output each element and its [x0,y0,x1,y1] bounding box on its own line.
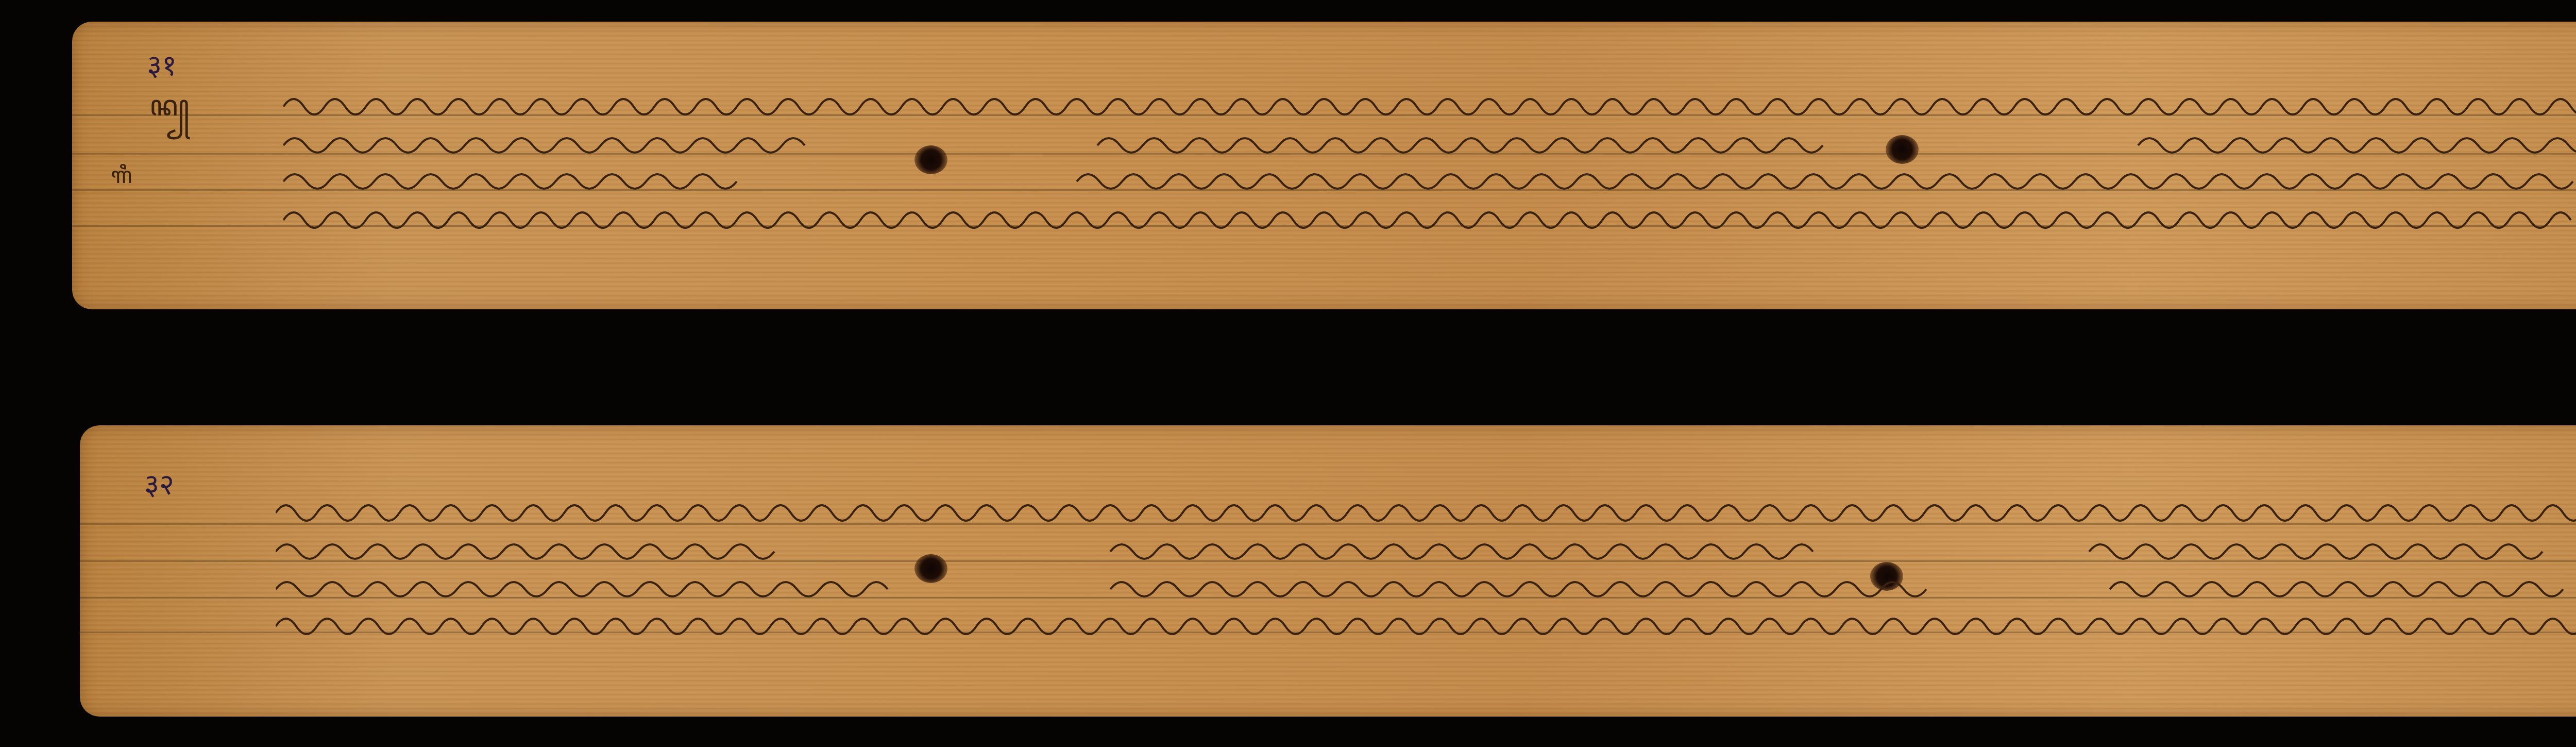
folio-number: ३१ [147,45,177,84]
script-line-4 [276,606,2576,642]
script-line-3 [276,569,2576,605]
script-line-1 [283,86,2576,122]
script-line-2 [276,531,2576,567]
palm-leaf-top: ३१ ꦤ꧀ ꦒꦶ [72,22,2576,309]
margin-marker: ꦤ꧀ [149,84,189,142]
script-line-2 [283,125,2576,161]
script-line-3 [283,161,2576,197]
script-line-1 [276,492,2576,528]
margin-note: ꦒꦶ [111,158,132,204]
script-line-4 [283,200,2576,236]
palm-leaf-bottom: ३२ [80,425,2576,717]
folio-number: ३२ [144,464,174,503]
